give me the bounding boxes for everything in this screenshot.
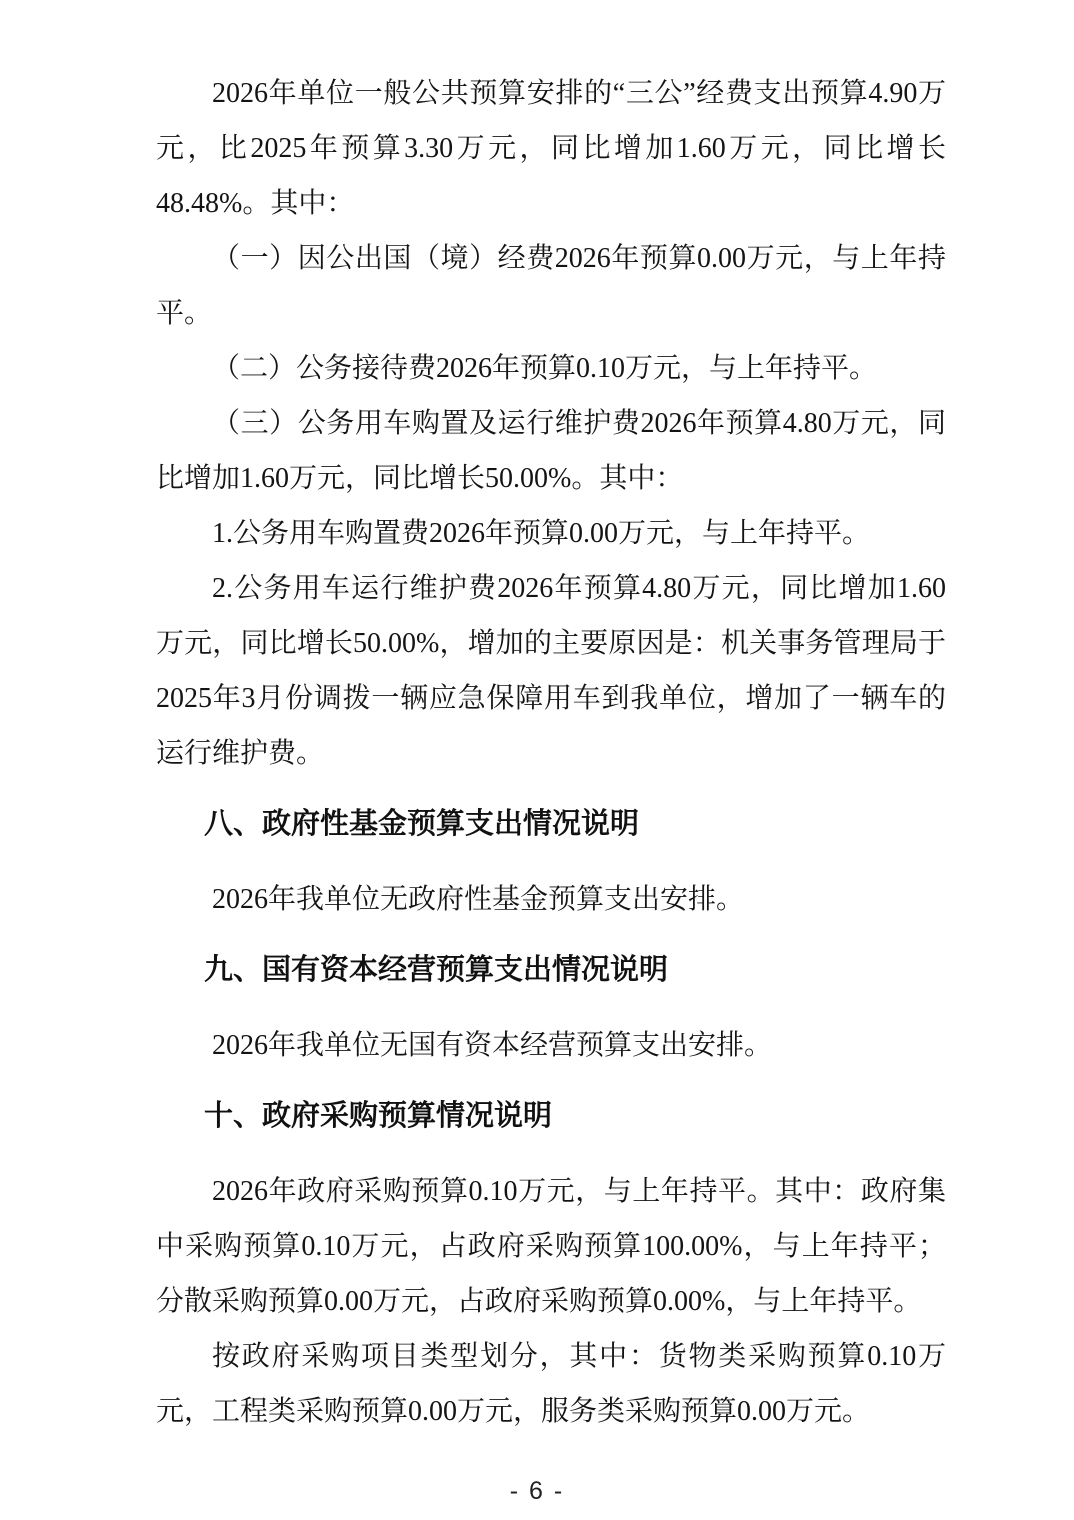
paragraph-section-8-government-funds: 2026年我单位无政府性基金预算支出安排。 [156,872,946,927]
heading-section-10-procurement: 十、政府采购预算情况说明 [156,1089,946,1144]
paragraph-procurement-budget: 2026年政府采购预算0.10万元，与上年持平。其中：政府集中采购预算0.10万… [156,1164,946,1329]
heading-section-9-state-capital: 九、国有资本经营预算支出情况说明 [156,943,946,998]
paragraph-sangong-total: 2026年单位一般公共预算安排的“三公”经费支出预算4.90万元，比2025年预… [156,66,946,231]
document-body: 2026年单位一般公共预算安排的“三公”经费支出预算4.90万元，比2025年预… [156,66,946,1439]
paragraph-vehicle-operation: 2.公务用车运行维护费2026年预算4.80万元，同比增加1.60万元，同比增长… [156,561,946,781]
heading-section-8-government-funds: 八、政府性基金预算支出情况说明 [156,797,946,852]
paragraph-procurement-types: 按政府采购项目类型划分，其中：货物类采购预算0.10万元，工程类采购预算0.00… [156,1329,946,1439]
document-page: 2026年单位一般公共预算安排的“三公”经费支出预算4.90万元，比2025年预… [0,0,1074,1520]
paragraph-vehicle-purchase: 1.公务用车购置费2026年预算0.00万元，与上年持平。 [156,506,946,561]
paragraph-reception-expense: （二）公务接待费2026年预算0.10万元，与上年持平。 [156,341,946,396]
paragraph-section-9-state-capital: 2026年我单位无国有资本经营预算支出安排。 [156,1018,946,1073]
paragraph-abroad-expense: （一）因公出国（境）经费2026年预算0.00万元，与上年持平。 [156,231,946,341]
paragraph-vehicle-expense: （三）公务用车购置及运行维护费2026年预算4.80万元，同比增加1.60万元，… [156,396,946,506]
page-number: - 6 - [0,1464,1074,1519]
